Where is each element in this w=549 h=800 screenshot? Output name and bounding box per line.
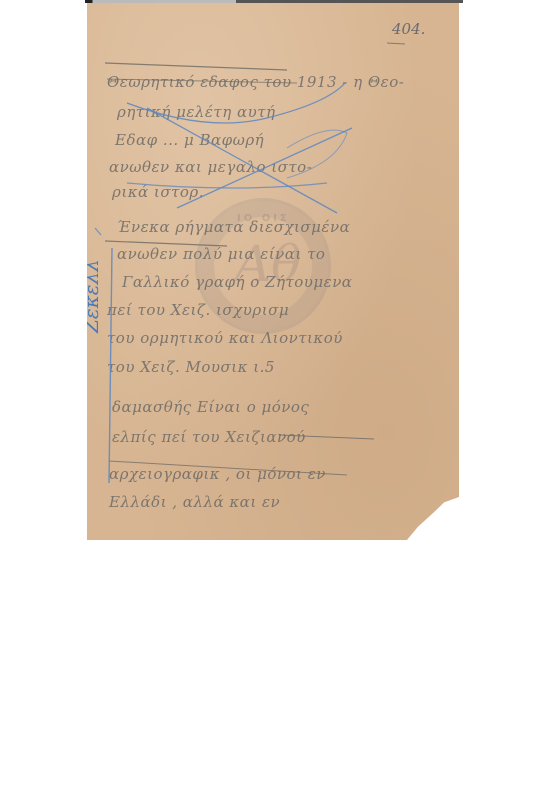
manuscript-page: ΙΟ ΟΙΣ Αθ 404. Θεωρητικό εδαφος του 1913… [87, 3, 459, 540]
pencil-strokes [87, 3, 459, 540]
scan-top-border [85, 0, 463, 3]
